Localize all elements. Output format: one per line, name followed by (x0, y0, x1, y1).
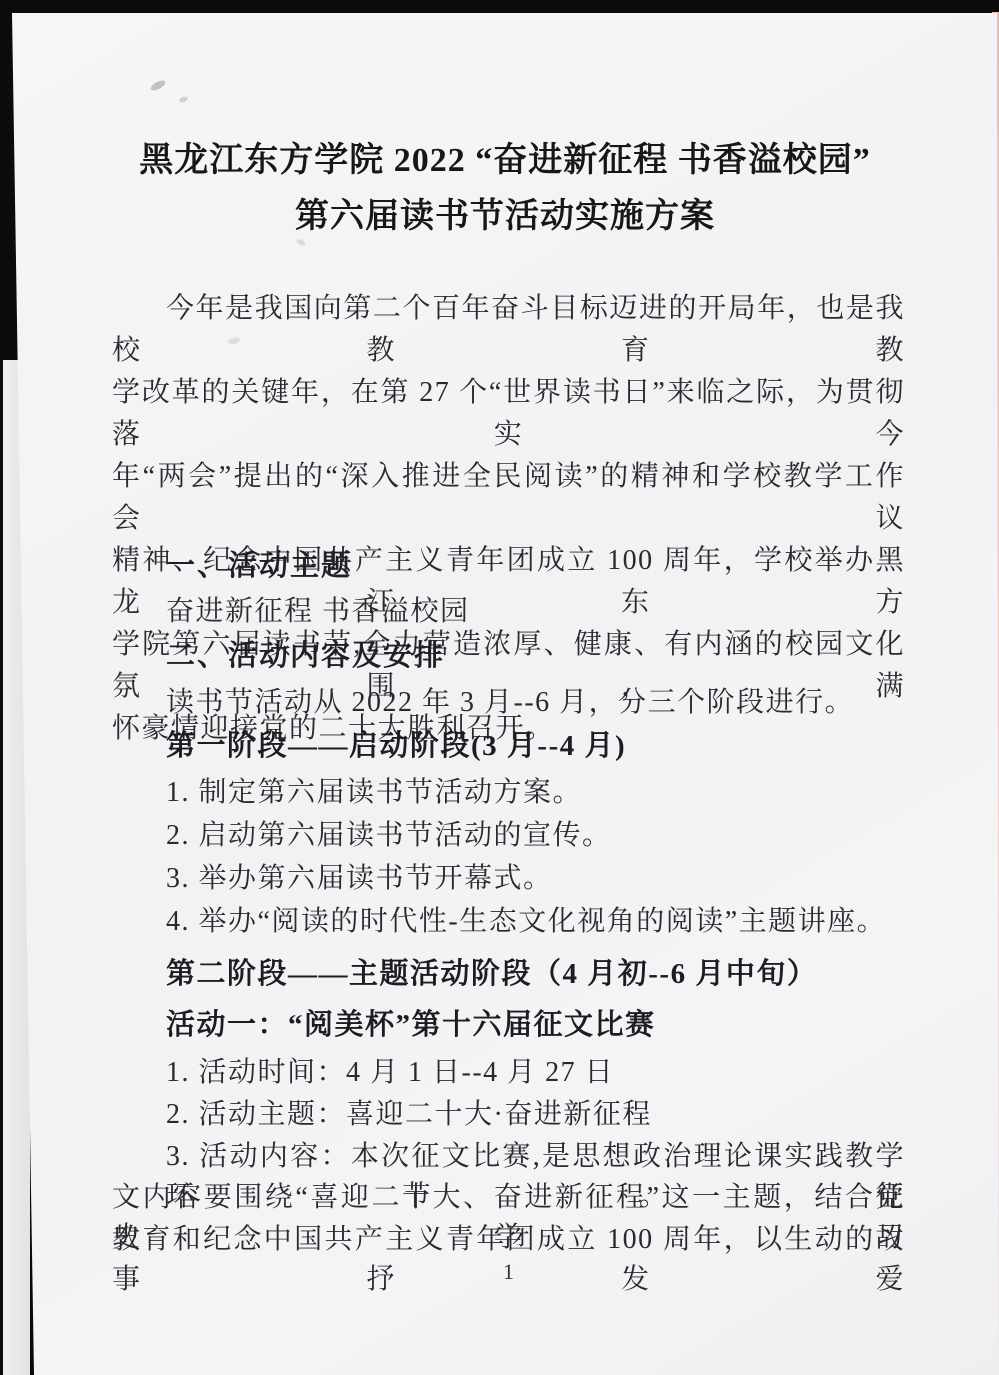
stage-1-item: 3. 举办第六届读书节开幕式。 (166, 857, 886, 900)
activity-1-content-line: 教育和纪念中国共产主义青年团成立 100 周年，以生动的故事抒发爱 (112, 1217, 905, 1297)
intro-line: 年“两会”提出的“深入推进全民阅读”的精神和学校教学工作会议 (112, 456, 905, 540)
section-2-heading: 二、活动内容及安排 (166, 633, 445, 674)
stage-2-heading: 第二阶段——主题活动阶段（4 月初--6 月中旬） (166, 951, 817, 992)
page-number: 1 (112, 1259, 905, 1285)
section-1-heading: 一、活动主题 (166, 543, 352, 584)
section-1-theme: 奋进新征程 书香溢校园 (166, 589, 470, 629)
stage-1-item: 2. 启动第六届读书节活动的宣传。 (166, 814, 886, 857)
document-title: 黑龙江东方学院 2022 “奋进新征程 书香溢校园” 第六届读书节活动实施方案 (100, 133, 910, 245)
title-line-2: 第六届读书节活动实施方案 (100, 189, 910, 245)
stage-1-item-list: 1. 制定第六届读书节活动方案。 2. 启动第六届读书节活动的宣传。 3. 举办… (166, 771, 886, 943)
stage-1-item: 1. 制定第六届读书节活动方案。 (166, 771, 886, 814)
scan-artifact (178, 96, 188, 104)
stage-1-item: 4. 举办“阅读的时代性-生态文化视角的阅读”主题讲座。 (166, 900, 886, 943)
section-2-overview: 读书节活动从 2022 年 3 月--6 月，分三个阶段进行。 (166, 680, 854, 720)
activity-1-time: 1. 活动时间：4 月 1 日--4 月 27 日 (166, 1050, 614, 1090)
stage-1-heading: 第一阶段——启动阶段(3 月--4 月) (166, 723, 626, 764)
scanned-document-page: 黑龙江东方学院 2022 “奋进新征程 书香溢校园” 第六届读书节活动实施方案 … (0, 0, 999, 1375)
activity-1-heading: 活动一：“阅美杯”第十六届征文比赛 (166, 1002, 656, 1043)
activity-1-theme: 2. 活动主题：喜迎二十大·奋进新征程 (166, 1092, 652, 1132)
scan-artifact (149, 79, 166, 93)
paper-sheet: 黑龙江东方学院 2022 “奋进新征程 书香溢校园” 第六届读书节活动实施方案 … (0, 0, 999, 1375)
intro-line: 今年是我国向第二个百年奋斗目标迈进的开局年，也是我校教育教 (112, 288, 905, 372)
title-line-1: 黑龙江东方学院 2022 “奋进新征程 书香溢校园” (100, 133, 910, 189)
intro-line: 学改革的关键年，在第 27 个“世界读书日”来临之际，为贯彻落实今 (112, 372, 905, 456)
